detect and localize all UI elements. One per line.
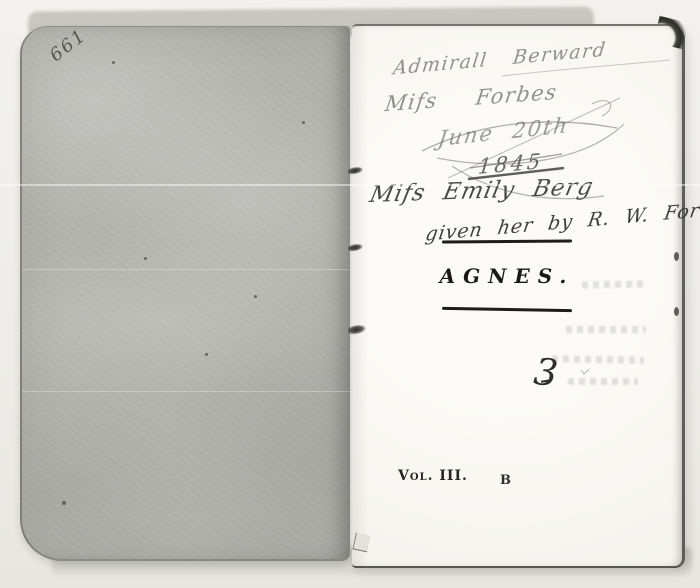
scanner-artifact-line [0, 184, 700, 186]
pencil-page-number: 661 [46, 25, 91, 66]
edge-nick [674, 252, 679, 261]
left-page: 661 [20, 26, 350, 561]
stitch-mark [347, 324, 366, 336]
tick-mark [580, 368, 590, 376]
showthrough-text [566, 326, 646, 333]
paper-speck [254, 295, 257, 298]
paper-speck [144, 257, 147, 260]
edge-nick [674, 307, 679, 316]
book-title: AGNES. [407, 264, 607, 288]
signature-mark: B [500, 473, 511, 488]
paper-speck [205, 353, 208, 356]
paper-crease-line [22, 391, 350, 392]
paper-crease-line [22, 269, 350, 270]
paper-speck [302, 121, 305, 124]
gutter-fold [352, 533, 370, 553]
paper-speck [62, 501, 66, 505]
book-scan: 661 Admirall Berward Mifs Forbes June 20… [0, 0, 700, 588]
paper-speck [112, 61, 115, 64]
showthrough-text [552, 355, 644, 364]
showthrough-text [568, 378, 638, 385]
right-page: Admirall Berward Mifs Forbes June 20th 1… [352, 24, 685, 568]
volume-label: Vol. III. [398, 468, 468, 484]
handwritten-number: 3 [532, 353, 560, 393]
pen-strokes-overlay [352, 46, 682, 266]
title-rule-bottom [442, 307, 572, 312]
page-corner-curl [653, 16, 689, 49]
showthrough-text [582, 280, 644, 288]
